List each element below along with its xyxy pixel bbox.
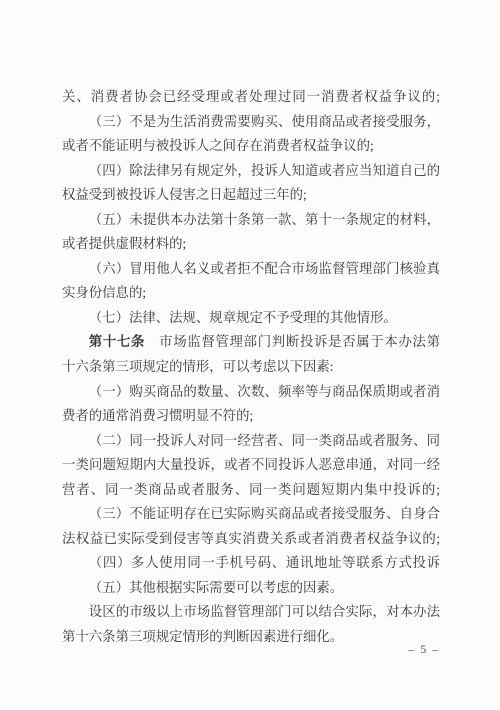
text-column: 关、消费者协会已经受理或者处理过同一消费者权益争议的; （三）不是为生活消费需要… (62, 85, 440, 650)
text-line: 法权益已实际受到侵害等真实消费关系或者消费者权益争议的; (62, 527, 440, 552)
text-line: 一类问题短期内大量投诉，或者不同投诉人恶意串通，对同一经 (62, 453, 440, 478)
text-line: 实身份信息的; (62, 281, 440, 306)
text-line: （五）其他根据实际需要可以考虑的因素。 (62, 576, 440, 601)
article-number: 第十七条 (89, 334, 145, 349)
text-line: （七）法律、法规、规章规定不予受理的其他情形。 (62, 306, 440, 331)
text-line: 十六条第三项规定的情形，可以考虑以下因素: (62, 355, 440, 380)
text-line article-heading-line: 第十七条市场监督管理部门判断投诉是否属于本办法第 (62, 330, 440, 355)
text-line: （五）未提供本办法第十条第一款、第十一条规定的材料， (62, 208, 440, 233)
page-number: – 5 – (402, 641, 446, 657)
text-line: 或者不能证明与被投诉人之间存在消费者权益争议的; (62, 134, 440, 159)
text-line: 营者、同一类商品或者服务、同一类问题短期内集中投诉的; (62, 478, 440, 503)
text-line: 第十六条第三项规定情形的判断因素进行细化。 (62, 625, 440, 650)
text-line: 权益受到被投诉人侵害之日起超过三年的; (62, 183, 440, 208)
text-line: （二）同一投诉人对同一经营者、同一类商品或者服务、同 (62, 429, 440, 454)
text-line: （一）购买商品的数量、次数、频率等与商品保质期或者消 (62, 380, 440, 405)
text-line: 或者提供虚假材料的; (62, 232, 440, 257)
text-line: 设区的市级以上市场监督管理部门可以结合实际，对本办法 (62, 600, 440, 625)
text-line: （四）多人使用同一手机号码、通讯地址等联系方式投诉的; (62, 551, 440, 576)
article-heading-text: 市场监督管理部门判断投诉是否属于本办法第 (159, 334, 441, 349)
document-page: 关、消费者协会已经受理或者处理过同一消费者权益争议的; （三）不是为生活消费需要… (0, 0, 500, 710)
text-line: （六）冒用他人名义或者拒不配合市场监督管理部门核验真 (62, 257, 440, 282)
text-line: （四）除法律另有规定外，投诉人知道或者应当知道自己的 (62, 159, 440, 184)
text-line: （三）不是为生活消费需要购买、使用商品或者接受服务， (62, 110, 440, 135)
text-line: 费者的通常消费习惯明显不符的; (62, 404, 440, 429)
heading-gap (145, 345, 158, 346)
text-line: （三）不能证明存在已实际购买商品或者接受服务、自身合 (62, 502, 440, 527)
text-line: 关、消费者协会已经受理或者处理过同一消费者权益争议的; (62, 85, 440, 110)
